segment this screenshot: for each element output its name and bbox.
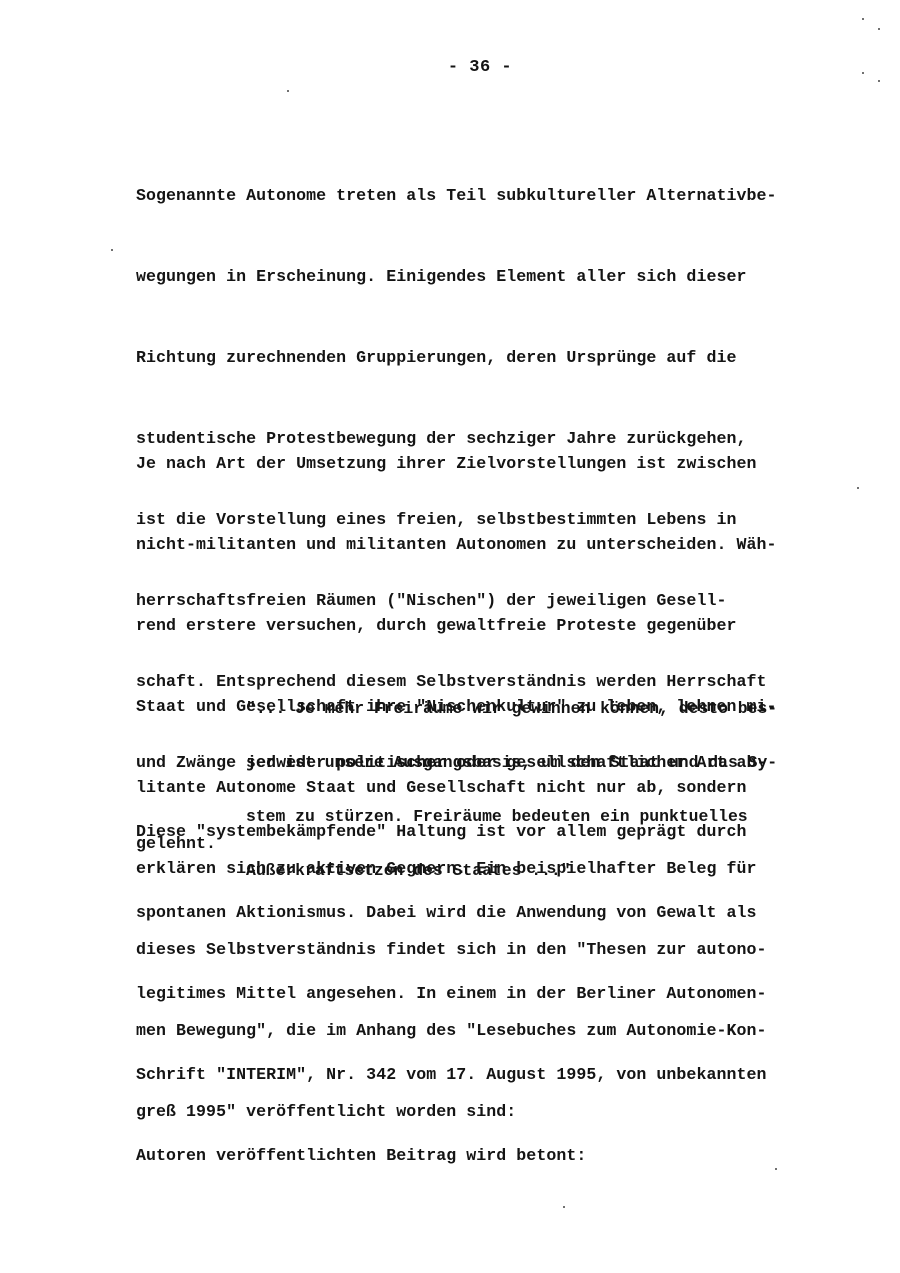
scan-speck — [878, 80, 880, 82]
scan-speck — [111, 249, 113, 251]
scan-speck — [878, 28, 880, 30]
text-line: legitimes Mittel angesehen. In einem in … — [136, 980, 856, 1007]
scan-speck — [862, 72, 864, 74]
text-line: Sogenannte Autonome treten als Teil subk… — [136, 182, 856, 209]
text-line: wegungen in Erscheinung. Einigendes Elem… — [136, 263, 856, 290]
text-line: Diese "systembekämpfende" Haltung ist vo… — [136, 818, 856, 845]
scan-speck — [563, 1206, 565, 1208]
paragraph-systembekaempfend: Diese "systembekämpfende" Haltung ist vo… — [136, 764, 856, 1223]
text-line: Autoren veröffentlichten Beitrag wird be… — [136, 1142, 856, 1169]
scan-speck — [862, 18, 864, 20]
scan-speck — [287, 90, 289, 92]
text-line: Schrift "INTERIM", Nr. 342 vom 17. Augus… — [136, 1061, 856, 1088]
text-line: Richtung zurechnenden Gruppierungen, der… — [136, 344, 856, 371]
text-line: nicht-militanten und militanten Autonome… — [136, 531, 856, 558]
text-line: Je nach Art der Umsetzung ihrer Zielvors… — [136, 450, 856, 477]
text-line: rend erstere versuchen, durch gewaltfrei… — [136, 612, 856, 639]
quote-line: "... Je mehr Freiräume wir gewinnen könn… — [246, 700, 856, 718]
scan-speck — [775, 1168, 777, 1170]
page-number: - 36 - — [0, 58, 900, 77]
text-line: spontanen Aktionismus. Dabei wird die An… — [136, 899, 856, 926]
scan-speck — [857, 487, 859, 489]
